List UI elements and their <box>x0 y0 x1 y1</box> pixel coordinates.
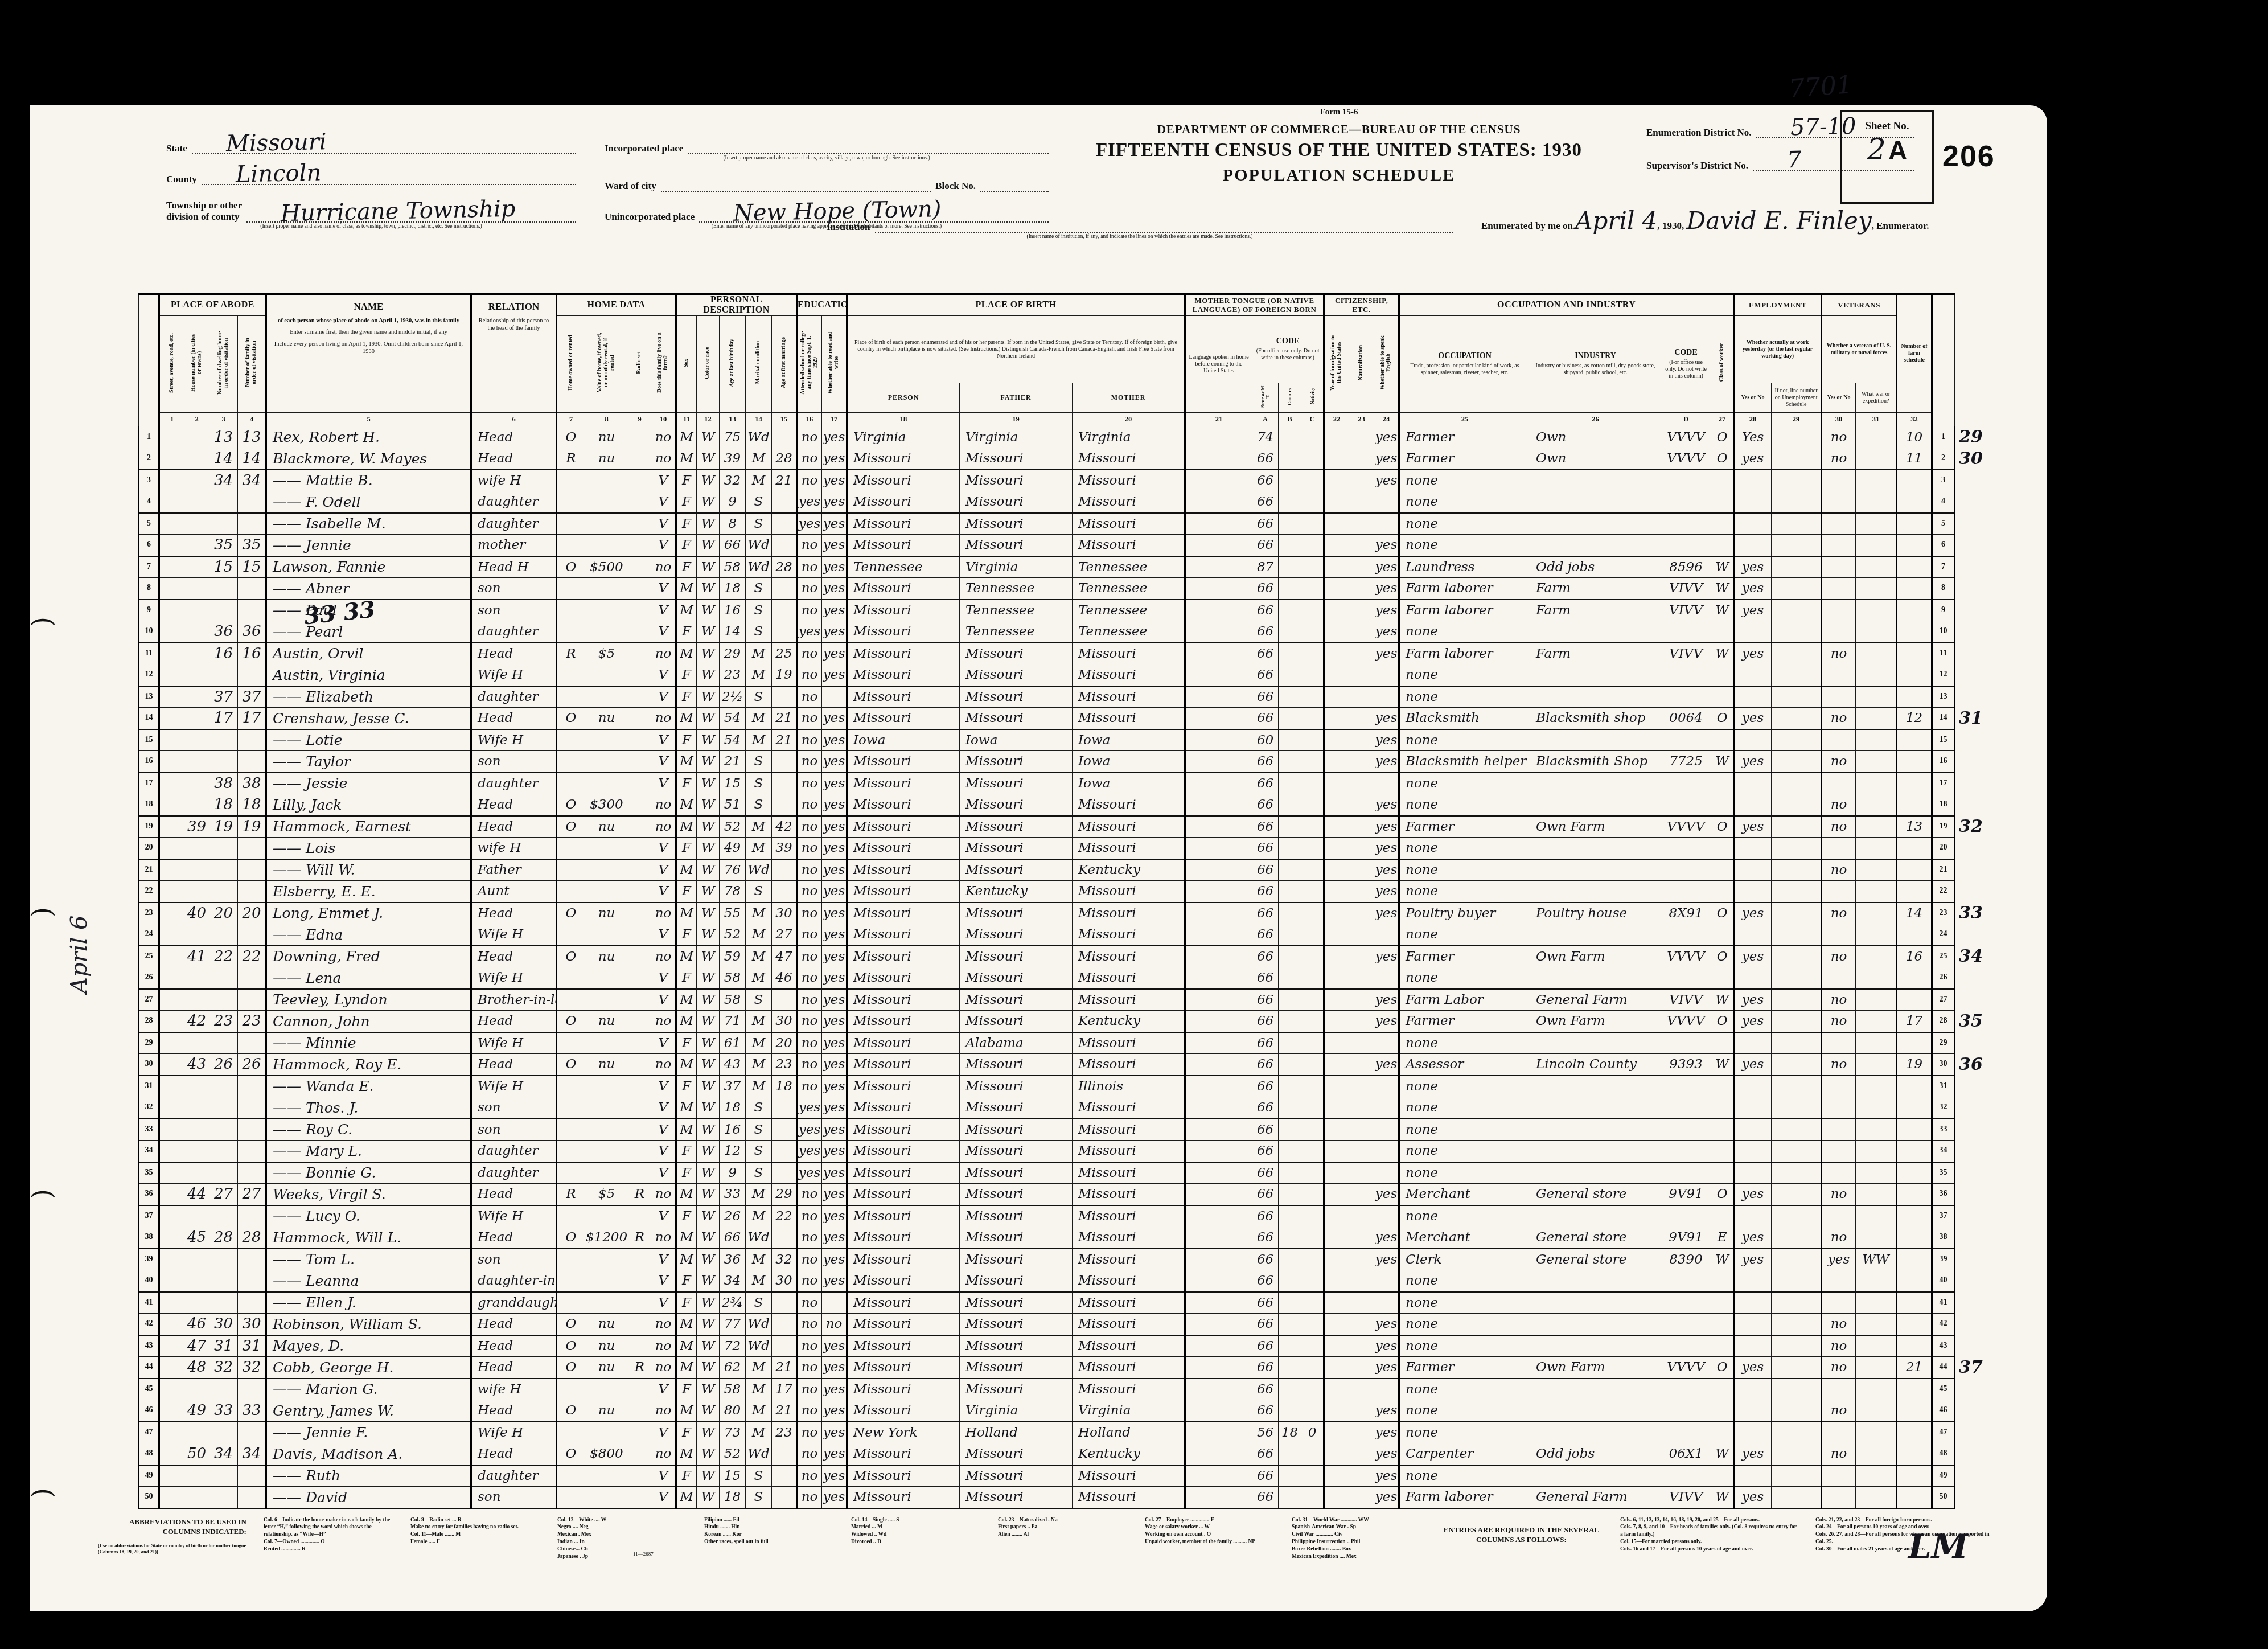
cell-bp: Missouri <box>847 1357 960 1379</box>
cell-un <box>1772 664 1822 686</box>
code-d-note: (For office use only. Do not write in th… <box>1665 359 1707 379</box>
cell-im <box>1324 1141 1349 1162</box>
cell-h <box>184 794 209 816</box>
cell-ln: 4 <box>139 491 159 513</box>
cell-name: —— Edna <box>266 924 471 946</box>
photo-of-census-page: { "photo": { "corner_number": "7701", "s… <box>0 0 2268 1649</box>
cell-agm <box>772 859 797 881</box>
cell-sch: no <box>797 729 822 751</box>
cell-farm: V <box>651 1076 676 1097</box>
cell-im <box>1324 773 1349 794</box>
cell-ind <box>1530 1400 1661 1422</box>
cell-val <box>585 1076 628 1097</box>
cell-rel: Wife H <box>471 1422 557 1443</box>
cell-rel: Wife H <box>471 1076 557 1097</box>
cell-race: W <box>697 600 720 621</box>
cell-f: 16 <box>238 643 266 664</box>
cell-cD: VVVV <box>1661 946 1711 967</box>
cell-rn: 2 <box>1932 448 1955 470</box>
cell-cB <box>1279 881 1301 903</box>
cell-cA: 60 <box>1252 729 1279 751</box>
cell-occ: none <box>1399 1379 1530 1400</box>
cell-cA: 66 <box>1252 1097 1279 1119</box>
cell-farm: no <box>651 708 676 729</box>
cell-cC <box>1301 643 1324 664</box>
cell-bp: Missouri <box>847 664 960 686</box>
cell-st <box>159 513 184 535</box>
cell-lang <box>1185 1141 1252 1162</box>
cell-sch: no <box>797 751 822 773</box>
cell-ind <box>1530 1119 1661 1141</box>
cell-val <box>585 600 628 621</box>
cell-agm <box>772 1443 797 1465</box>
cell-st <box>159 1379 184 1400</box>
cell-f <box>238 729 266 751</box>
cell-cls <box>1711 1314 1734 1335</box>
cell-cD: VIVV <box>1661 1487 1711 1508</box>
cell-nat <box>1349 946 1374 967</box>
relation-desc: Relationship of this person to the head … <box>472 317 556 332</box>
cell-rn: 26 <box>1932 967 1955 989</box>
cell-eng: yes <box>1374 470 1399 491</box>
cell-m <box>1955 1270 1983 1292</box>
cell-sex: M <box>676 751 697 773</box>
cell-cC <box>1301 1119 1324 1141</box>
cell-h <box>184 729 209 751</box>
cell-bf: Missouri <box>960 794 1073 816</box>
cell-vet <box>1822 773 1856 794</box>
cell-fs <box>1897 989 1932 1011</box>
col-race: Color or race <box>697 316 720 413</box>
cell-bp: Missouri <box>847 1465 960 1487</box>
cell-farm: no <box>651 1184 676 1205</box>
cell-cC <box>1301 1379 1324 1400</box>
cell-mar: M <box>746 1054 772 1076</box>
cell-ln: 28 <box>139 1011 159 1032</box>
table-row: 71515Lawson, FannieHead HO$500noFW58Wd28… <box>139 556 1983 578</box>
cell-race: W <box>697 535 720 556</box>
cell-rn: 49 <box>1932 1465 1955 1487</box>
cell-age: 18 <box>720 1097 746 1119</box>
cell-cls <box>1711 470 1734 491</box>
cell-un <box>1772 600 1822 621</box>
cell-rel: Head <box>471 1054 557 1076</box>
cell-bf: Virginia <box>960 1400 1073 1422</box>
cell-age: 39 <box>720 448 746 470</box>
cell-rel: son <box>471 1097 557 1119</box>
cell-d: 34 <box>209 1443 238 1465</box>
cell-d: 19 <box>209 816 238 838</box>
cell-own <box>557 470 585 491</box>
cell-rad <box>628 1119 651 1141</box>
col-birthplace-father: FATHER <box>960 383 1073 413</box>
cell-sex: F <box>676 1465 697 1487</box>
cell-lang <box>1185 1054 1252 1076</box>
cell-im <box>1324 535 1349 556</box>
cell-occ: Blacksmith <box>1399 708 1530 729</box>
cell-f: 36 <box>238 621 266 643</box>
cell-un <box>1772 1119 1822 1141</box>
cell-rn: 4 <box>1932 491 1955 513</box>
column-number: 6 <box>471 413 557 426</box>
cell-bm: Tennessee <box>1073 556 1185 578</box>
cell-cA: 66 <box>1252 470 1279 491</box>
cell-fs: 16 <box>1897 946 1932 967</box>
cell-nat <box>1349 686 1374 708</box>
cell-war <box>1856 1141 1897 1162</box>
cell-cA: 66 <box>1252 1162 1279 1184</box>
cell-d <box>209 1141 238 1162</box>
cell-age: 2½ <box>720 686 746 708</box>
cell-rad <box>628 1400 651 1422</box>
county-value: Lincoln <box>236 163 322 183</box>
cell-cB <box>1279 643 1301 664</box>
cell-val <box>585 1422 628 1443</box>
cell-rn: 35 <box>1932 1162 1955 1184</box>
cell-cC <box>1301 1097 1324 1119</box>
cell-ln: 36 <box>139 1184 159 1205</box>
cell-m <box>1955 881 1983 903</box>
cell-vet <box>1822 535 1856 556</box>
cell-race: W <box>697 1443 720 1465</box>
county-label: County <box>166 174 197 185</box>
cell-race: W <box>697 1465 720 1487</box>
table-row: 24—— EdnaWife HVFW52M27noyesMissouriMiss… <box>139 924 1983 946</box>
cell-sex: M <box>676 1249 697 1270</box>
cell-cD <box>1661 859 1711 881</box>
cell-val <box>585 535 628 556</box>
group-mother-tongue: MOTHER TONGUE (OR NATIVE LANGUAGE) OF FO… <box>1185 294 1324 316</box>
cell-sch: no <box>797 1205 822 1227</box>
cell-farm: no <box>651 794 676 816</box>
cell-sch: no <box>797 686 822 708</box>
cell-rad <box>628 838 651 859</box>
cell-st <box>159 816 184 838</box>
cell-ind: Own Farm <box>1530 946 1661 967</box>
cell-cB <box>1279 1054 1301 1076</box>
cell-cD: 0064 <box>1661 708 1711 729</box>
cell-own <box>557 859 585 881</box>
cell-bm: Missouri <box>1073 491 1185 513</box>
cell-ln: 42 <box>139 1314 159 1335</box>
column-number: 13 <box>720 413 746 426</box>
cell-sch: no <box>797 794 822 816</box>
cell-ln: 25 <box>139 946 159 967</box>
cell-age: 66 <box>720 535 746 556</box>
table-row: 15—— LotieWife HVFW54M21noyesIowaIowaIow… <box>139 729 1983 751</box>
cell-m <box>1955 1227 1983 1249</box>
column-number: A <box>1252 413 1279 426</box>
cell-fs <box>1897 751 1932 773</box>
cell-m <box>1955 556 1983 578</box>
cell-vet: no <box>1822 1184 1856 1205</box>
cell-rn: 31 <box>1932 1076 1955 1097</box>
cell-rad <box>628 924 651 946</box>
cell-eng: yes <box>1374 1184 1399 1205</box>
cell-occ: none <box>1399 491 1530 513</box>
cell-rad <box>628 816 651 838</box>
cell-farm: V <box>651 1292 676 1314</box>
cell-cA: 66 <box>1252 664 1279 686</box>
column-number: 20 <box>1073 413 1185 426</box>
cell-wk <box>1734 794 1772 816</box>
cell-cD <box>1661 1465 1711 1487</box>
cell-bf: Missouri <box>960 686 1073 708</box>
cell-m <box>1955 491 1983 513</box>
cell-h <box>184 838 209 859</box>
cell-im <box>1324 1357 1349 1379</box>
cell-h <box>184 1162 209 1184</box>
cell-eng: yes <box>1374 751 1399 773</box>
table-row: 34—— Mary L.daughterVFW12SyesyesMissouri… <box>139 1141 1983 1162</box>
cell-rel: Head <box>471 1314 557 1335</box>
cell-cC <box>1301 535 1324 556</box>
cell-vet: no <box>1822 794 1856 816</box>
cell-cD: VIVV <box>1661 600 1711 621</box>
cell-f: 32 <box>238 1357 266 1379</box>
cell-f <box>238 751 266 773</box>
cell-cD: VVVV <box>1661 1357 1711 1379</box>
cell-eng: yes <box>1374 794 1399 816</box>
cell-mar: M <box>746 1011 772 1032</box>
cell-race: W <box>697 621 720 643</box>
cell-rel: mother <box>471 535 557 556</box>
cell-name: —— Roy C. <box>266 1119 471 1141</box>
cell-d <box>209 1270 238 1292</box>
table-row: 8—— AbnersonVMW18SnoyesMissouriTennessee… <box>139 578 1983 600</box>
code-title: CODE <box>1255 337 1321 347</box>
cell-sex: M <box>676 600 697 621</box>
cell-eng: yes <box>1374 881 1399 903</box>
cell-h <box>184 426 209 448</box>
cell-bp: Missouri <box>847 708 960 729</box>
name-title: NAME <box>267 301 470 313</box>
cell-cB <box>1279 535 1301 556</box>
cell-m: 31 <box>1955 708 1983 729</box>
cell-agm: 18 <box>772 1076 797 1097</box>
group-name: NAME of each person whose place of abode… <box>266 294 471 413</box>
cell-cC <box>1301 924 1324 946</box>
cell-im <box>1324 1270 1349 1292</box>
cell-ln: 8 <box>139 578 159 600</box>
cell-bm: Missouri <box>1073 1357 1185 1379</box>
cell-occ: Blacksmith helper <box>1399 751 1530 773</box>
cell-st <box>159 924 184 946</box>
state-field: State Missouri <box>166 138 576 154</box>
cell-wk: yes <box>1734 448 1772 470</box>
cell-fs <box>1897 1205 1932 1227</box>
cell-sex: F <box>676 491 697 513</box>
cell-mar: M <box>746 1249 772 1270</box>
cell-st <box>159 1162 184 1184</box>
column-number: 21 <box>1185 413 1252 426</box>
sheet-label: Sheet No. <box>1842 120 1932 133</box>
cell-bp: Missouri <box>847 1141 960 1162</box>
cell-cA: 66 <box>1252 816 1279 838</box>
cell-agm: 25 <box>772 643 797 664</box>
cell-d <box>209 1249 238 1270</box>
ward-field: Ward of city Block No. <box>605 176 1049 192</box>
cell-rel: Head <box>471 708 557 729</box>
township-field: Township or other division of county Hur… <box>166 200 576 229</box>
cell-bm: Missouri <box>1073 708 1185 729</box>
cell-cls: W <box>1711 1487 1734 1508</box>
cell-age: 55 <box>720 903 746 924</box>
cell-occ: Carpenter <box>1399 1443 1530 1465</box>
cell-val: $5 <box>585 1184 628 1205</box>
cell-ln: 31 <box>139 1076 159 1097</box>
cell-wk <box>1734 1141 1772 1162</box>
cell-cA: 66 <box>1252 1054 1279 1076</box>
cell-bm: Missouri <box>1073 535 1185 556</box>
cell-wk <box>1734 1314 1772 1335</box>
cell-h <box>184 600 209 621</box>
cell-eng: yes <box>1374 903 1399 924</box>
cell-bm: Kentucky <box>1073 1443 1185 1465</box>
cell-eng: yes <box>1374 708 1399 729</box>
cell-un <box>1772 448 1822 470</box>
cell-sch: no <box>797 838 822 859</box>
cell-sex: M <box>676 1357 697 1379</box>
cell-f <box>238 967 266 989</box>
cell-cA: 66 <box>1252 1357 1279 1379</box>
cell-race: W <box>697 989 720 1011</box>
cell-mar: M <box>746 1184 772 1205</box>
cell-ind <box>1530 838 1661 859</box>
cell-occ: none <box>1399 859 1530 881</box>
state-label: State <box>166 143 187 154</box>
cell-nat <box>1349 1335 1374 1357</box>
cell-m <box>1955 751 1983 773</box>
cell-sch: no <box>797 1184 822 1205</box>
cell-age: 36 <box>720 1249 746 1270</box>
cell-cC <box>1301 664 1324 686</box>
cell-fs <box>1897 1141 1932 1162</box>
cell-eng: yes <box>1374 535 1399 556</box>
column-number: 28 <box>1734 413 1772 426</box>
cell-sex: M <box>676 448 697 470</box>
cell-fs <box>1897 643 1932 664</box>
cell-sex: F <box>676 1032 697 1054</box>
cell-agm <box>772 751 797 773</box>
cell-ind <box>1530 686 1661 708</box>
cell-rel: Head <box>471 448 557 470</box>
cell-d <box>209 1032 238 1054</box>
cell-cls <box>1711 664 1734 686</box>
cell-m: 37 <box>1955 1357 1983 1379</box>
column-number: 16 <box>797 413 822 426</box>
cell-cB <box>1279 773 1301 794</box>
table-row: 23402020Long, Emmet J.HeadOnunoMW55M30no… <box>139 903 1983 924</box>
cell-bf: Holland <box>960 1422 1073 1443</box>
cell-bf: Missouri <box>960 491 1073 513</box>
cell-f <box>238 600 266 621</box>
cell-agm: 29 <box>772 1184 797 1205</box>
cell-occ: Farmer <box>1399 448 1530 470</box>
cell-bm: Iowa <box>1073 773 1185 794</box>
cell-war <box>1856 556 1897 578</box>
cell-race: W <box>697 664 720 686</box>
cell-rad <box>628 773 651 794</box>
cell-war <box>1856 1227 1897 1249</box>
cell-cD: VVVV <box>1661 816 1711 838</box>
col-dwelling: Number of dwelling house in order of vis… <box>209 316 238 413</box>
cell-bp: Missouri <box>847 794 960 816</box>
cell-rn: 44 <box>1932 1357 1955 1379</box>
cell-rn: 8 <box>1932 578 1955 600</box>
cell-m <box>1955 989 1983 1011</box>
cell-race: W <box>697 426 720 448</box>
cell-fs <box>1897 1270 1932 1292</box>
cell-m <box>1955 1487 1983 1508</box>
cell-fs <box>1897 773 1932 794</box>
farm-schedule-col-header: Number of farm schedule <box>1897 294 1932 413</box>
cell-fs <box>1897 1465 1932 1487</box>
cell-un <box>1772 751 1822 773</box>
cell-vet <box>1822 1119 1856 1141</box>
cell-name: Crenshaw, Jesse C. <box>266 708 471 729</box>
cell-name: —— Mattie B. <box>266 470 471 491</box>
cell-vet <box>1822 470 1856 491</box>
cell-f: 13 <box>238 426 266 448</box>
cell-eng <box>1374 1076 1399 1097</box>
cell-name: —— Bonnie G. <box>266 1162 471 1184</box>
cell-rn: 12 <box>1932 664 1955 686</box>
cell-ln: 19 <box>139 816 159 838</box>
employment-desc: Whether actually at work yesterday (or t… <box>1734 316 1822 383</box>
cell-fs: 14 <box>1897 903 1932 924</box>
cell-war <box>1856 1097 1897 1119</box>
cell-d: 26 <box>209 1054 238 1076</box>
cell-cA: 66 <box>1252 1270 1279 1292</box>
cell-war <box>1856 1076 1897 1097</box>
cell-st <box>159 664 184 686</box>
col-radio: Radio set <box>628 316 651 413</box>
cell-cA: 66 <box>1252 1487 1279 1508</box>
cell-eng: yes <box>1374 643 1399 664</box>
cell-agm: 17 <box>772 1379 797 1400</box>
cell-ind <box>1530 1465 1661 1487</box>
cell-nat <box>1349 989 1374 1011</box>
cell-sch: no <box>797 535 822 556</box>
cell-d: 23 <box>209 1011 238 1032</box>
cell-name: —— Jennie F. <box>266 1422 471 1443</box>
cell-agm <box>772 1314 797 1335</box>
cell-vet <box>1822 491 1856 513</box>
cell-fs <box>1897 600 1932 621</box>
cell-cB <box>1279 1270 1301 1292</box>
cell-st <box>159 470 184 491</box>
table-row: 9—— PaulsonVMW16SnoyesMissouriTennesseeT… <box>139 600 1983 621</box>
cell-bp: Missouri <box>847 773 960 794</box>
cell-h: 42 <box>184 1011 209 1032</box>
cell-cA: 87 <box>1252 556 1279 578</box>
cell-rn: 18 <box>1932 794 1955 816</box>
cell-race: W <box>697 1184 720 1205</box>
cell-vet <box>1822 686 1856 708</box>
col-naturalization: Naturalization <box>1349 316 1374 413</box>
cell-m <box>1955 1097 1983 1119</box>
cell-rad <box>628 1270 651 1292</box>
cell-ln: 39 <box>139 1249 159 1270</box>
cell-sex: F <box>676 838 697 859</box>
table-row: 141717Crenshaw, Jesse C.HeadOnunoMW54M21… <box>139 708 1983 729</box>
cell-un <box>1772 621 1822 643</box>
cell-occ: none <box>1399 1400 1530 1422</box>
table-row: 41—— Ellen J.granddaughterVFW2¾SnoMissou… <box>139 1292 1983 1314</box>
cell-fs <box>1897 859 1932 881</box>
cell-fs: 21 <box>1897 1357 1932 1379</box>
